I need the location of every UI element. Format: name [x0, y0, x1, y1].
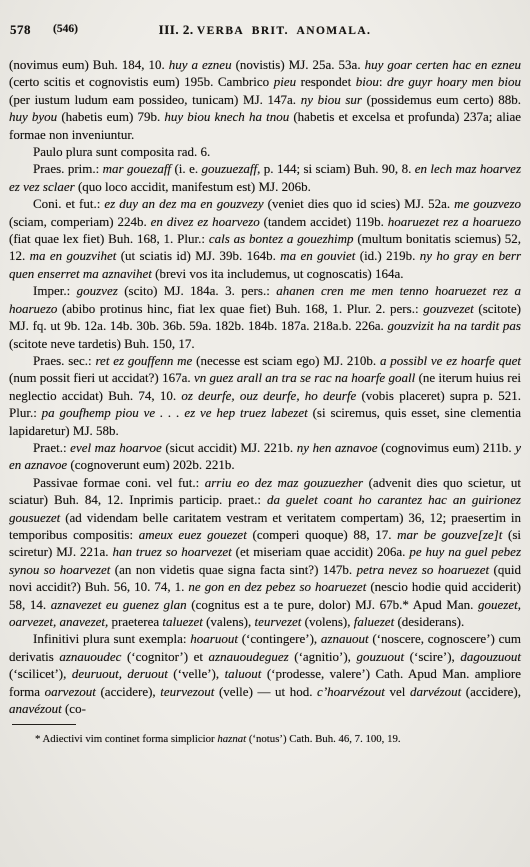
text-run: (veniet dies quo id scies) MJ. 52a.	[264, 196, 455, 211]
text-run: (sicut accidit) MJ. 221b.	[162, 440, 297, 455]
italic-run: anavézout	[9, 701, 62, 716]
text-run: Praet.:	[33, 440, 70, 455]
italic-run: aznauout	[321, 631, 369, 646]
italic-run: biou	[356, 74, 379, 89]
paragraph-8: Passivae formae coni. vel fut.: arriu eo…	[9, 474, 521, 631]
italic-run: huy a ezneu	[169, 57, 232, 72]
italic-run: en divez ez hoarvezo	[151, 214, 260, 229]
paragraph-3: Praes. prim.: mar gouezaff (i. e. gouzue…	[9, 160, 521, 195]
italic-run: faluezet	[354, 614, 394, 629]
italic-run: evel maz hoarvoe	[70, 440, 162, 455]
text-run: (velle) — ut hod.	[214, 684, 317, 699]
text-run: (‘velle’),	[168, 666, 225, 681]
italic-run: huy biou knech ha tnou	[164, 109, 289, 124]
text-run: Paulo plura sunt composita rad. 6.	[33, 144, 210, 159]
paragraph-5: Imper.: gouzvez (scito) MJ. 184a. 3. per…	[9, 282, 521, 352]
text-run: (valens),	[203, 614, 255, 629]
running-title: III. 2. VERBA BRIT. ANOMALA.	[9, 22, 521, 38]
text-run: (‘contingere’),	[238, 631, 321, 646]
italic-run: ret ez gouffenn me	[95, 353, 192, 368]
italic-run: gouzuezaff	[202, 161, 258, 176]
italic-run: mar be gouzve[ze]t	[397, 527, 502, 542]
italic-run: petra nevez so hoaruezet	[357, 562, 490, 577]
text-run: (scito) MJ. 184a. 3. pers.:	[118, 283, 276, 298]
text-run: (volens),	[301, 614, 353, 629]
text-run: (desiderans).	[394, 614, 464, 629]
page-header: 578 (546) III. 2. VERBA BRIT. ANOMALA.	[9, 22, 521, 40]
text-run: (an non videtis quae signa facta sint?) …	[110, 562, 356, 577]
italic-run: pieu	[274, 74, 296, 89]
text-run: (quo loco accidit, manifestum est) MJ. 2…	[75, 179, 311, 194]
italic-run: aznauoudec	[59, 649, 121, 664]
italic-run: ma en gouzvihet	[30, 248, 117, 263]
text-run: :	[379, 74, 387, 89]
italic-run: mar gouezaff	[103, 161, 171, 176]
running-title-prefix: III. 2.	[159, 22, 194, 37]
text-run: (et miseriam quae accidit) 206a.	[232, 544, 410, 559]
text-run: (accidere),	[461, 684, 521, 699]
text-run: (num possit fieri ut accidat?) 167a.	[9, 370, 194, 385]
italic-run: oarvezout	[45, 684, 96, 699]
text-run: (‘notus’) Cath. Buh. 46, 7. 100, 19.	[246, 733, 400, 745]
text-run: (cognitus est a te pure, dolor) MJ. 67b.…	[187, 597, 478, 612]
text-run: (abibo protinus hinc, fiat lex quae fiet…	[57, 301, 423, 316]
paragraph-1: (novimus eum) Buh. 184, 10. huy a ezneu …	[9, 56, 521, 143]
text-run: Passivae formae coni. vel fut.:	[33, 475, 205, 490]
paragraph-2: Paulo plura sunt composita rad. 6.	[9, 143, 521, 160]
paragraph-9: Infinitivi plura sunt exempla: hoaruout …	[9, 630, 521, 717]
italic-run: cals as bontez a gouezhimp	[209, 231, 354, 246]
italic-run: arriu eo dez maz gouzuezher	[205, 475, 363, 490]
text-run: (scitote neve tardetis) Buh. 150, 17.	[9, 336, 195, 351]
text-run: (co-	[62, 701, 86, 716]
text-run: (ut sciatis id) MJ. 39b. 164b.	[116, 248, 280, 263]
italic-run: c’hoarvézout	[317, 684, 385, 699]
text-run: (cognoverunt eum) 202b. 221b.	[67, 457, 235, 472]
italic-run: huy byou	[9, 109, 57, 124]
scanned-book-page: 578 (546) III. 2. VERBA BRIT. ANOMALA. (…	[0, 0, 530, 867]
italic-run: taluezet	[162, 614, 202, 629]
text-run: (‘scire’),	[404, 649, 460, 664]
italic-run: oz deurfe, ouz deurfe, ho deurfe	[181, 388, 356, 403]
italic-run: huy goar certen hac en ezneu	[365, 57, 521, 72]
text-run: (‘agnitio’),	[289, 649, 357, 664]
italic-run: taluout	[225, 666, 262, 681]
italic-run: ny hen aznavoe	[297, 440, 378, 455]
footnote-rule	[12, 724, 76, 725]
italic-run: vn guez arall an tra se rac na hoarfe go…	[194, 370, 415, 385]
text-run: (‘scilicet’),	[9, 666, 72, 681]
text-run: Praes. prim.:	[33, 161, 103, 176]
text-run: (accidere),	[96, 684, 160, 699]
italic-run: gouzvez	[77, 283, 118, 298]
text-run: (novistis) MJ. 25a. 53a.	[232, 57, 365, 72]
italic-run: gouzvezet	[423, 301, 474, 316]
italic-run: ny biou sur	[301, 92, 362, 107]
italic-run: aznauoudeguez	[209, 649, 289, 664]
italic-run: gouzvizit ha na tardit pas	[387, 318, 521, 333]
italic-run: ameux euez gouezet	[139, 527, 247, 542]
italic-run: ez duy an dez ma en gouzvezy	[104, 196, 263, 211]
italic-run: dagouzuout	[460, 649, 521, 664]
italic-run: ma en gouviet	[280, 248, 355, 263]
italic-run: darvézout	[410, 684, 461, 699]
italic-run: pa goufhemp piou ve . . . ez ve hep true…	[42, 405, 308, 420]
italic-run: dre guyr hoary men biou	[387, 74, 521, 89]
text-run: praeterea	[108, 614, 162, 629]
text-run: (novimus eum) Buh. 184, 10.	[9, 57, 169, 72]
text-run: (necesse est sciam ego) MJ. 210b.	[192, 353, 380, 368]
text-run: (sciam, comperiam) 224b.	[9, 214, 151, 229]
footnote: * Adiectivi vim continet forma simplicio…	[9, 732, 521, 746]
text-run: (tandem accidet) 119b.	[260, 214, 388, 229]
text-run: (brevi vos ita includemus, ut cognoscati…	[152, 266, 404, 281]
italic-run: deuruout, deruout	[72, 666, 168, 681]
text-run: (‘cognitor’) et	[121, 649, 208, 664]
italic-run: a possibl ve ez hoarfe quet	[380, 353, 521, 368]
italic-run: aznavezet eu guenez glan	[51, 597, 187, 612]
text-run: Coni. et fut.:	[33, 196, 104, 211]
text-run: respondet	[296, 74, 356, 89]
text-run: (habetis eum) 79b.	[57, 109, 164, 124]
running-title-caps: VERBA BRIT. ANOMALA.	[197, 25, 371, 37]
italic-run: teurvezout	[160, 684, 214, 699]
text-run: Imper.:	[33, 283, 77, 298]
text-run: Praes. sec.:	[33, 353, 95, 368]
italic-run: ne gon en dez pebez so hoaruezet	[188, 579, 366, 594]
text-run: Infinitivi plura sunt exempla:	[33, 631, 190, 646]
text-run: (possidemus eum certo) 88b.	[362, 92, 521, 107]
text-run: (fiat quae lex fiet) Buh. 168, 1. Plur.:	[9, 231, 209, 246]
text-run: , p. 144; si sciam) Buh. 90, 8.	[257, 161, 415, 176]
paragraph-7: Praet.: evel maz hoarvoe (sicut accidit)…	[9, 439, 521, 474]
italic-run: me gouzvezo	[454, 196, 521, 211]
italic-run: haznat	[217, 733, 246, 745]
text-run: (certo scitis et cognovistis eum) 195b. …	[9, 74, 274, 89]
text-run: (cognovimus eum) 211b.	[378, 440, 516, 455]
paragraph-4: Coni. et fut.: ez duy an dez ma en gouzv…	[9, 195, 521, 282]
paragraph-6: Praes. sec.: ret ez gouffenn me (necesse…	[9, 352, 521, 439]
text-run: (id.) 219b.	[355, 248, 419, 263]
italic-run: gouzuout	[356, 649, 404, 664]
italic-run: hoaruout	[190, 631, 238, 646]
text-run: (i. e.	[171, 161, 201, 176]
text-run: vel	[385, 684, 410, 699]
text-run: (comperi quoque) 88, 17.	[247, 527, 397, 542]
text-run: * Adiectivi vim continet forma simplicio…	[35, 733, 217, 745]
italic-run: han truez so hoarvezet	[112, 544, 231, 559]
italic-run: hoaruezet rez a hoaruezo	[388, 214, 521, 229]
italic-run: teurvezet	[254, 614, 301, 629]
page-body: (novimus eum) Buh. 184, 10. huy a ezneu …	[9, 56, 521, 717]
text-run: (per iustum ludum eam possideo, tunicam)…	[9, 92, 301, 107]
